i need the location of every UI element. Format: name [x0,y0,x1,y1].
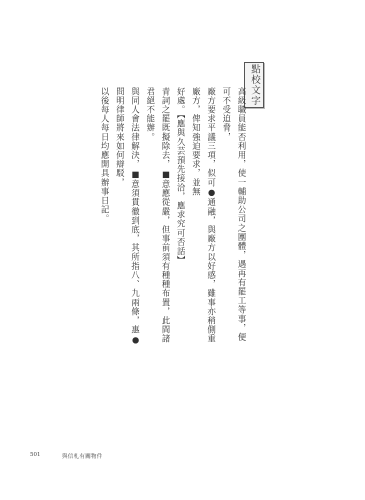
text-column-2: 廠方要求平議三項，似可●通融，與廠方以好感，雖事亦稍側重廠方，俾知強迫要求，並無 [188,87,218,347]
text-column-3: 好處。【應與久芸預先接洽，應求究可否話】 [173,87,188,347]
page-number: 501 [30,452,41,458]
text-column-4: 青詞之罷既擬除去，■意應從嚴，但事前須有種種布置，此間諸君絕不能辦。 [143,87,173,347]
vertical-body-text: 高級職員能否利用，使一輔助公司之團體，遇再有罷工等事，便可不受迫脅， 廠方要求平… [97,87,249,347]
running-footer-title: 與信札有關物件 [62,452,103,460]
text-column-6: 以後每人每日均應開具辦事日記。 [97,87,112,347]
text-column-5: 與同人會法律解決，■意須貫徹到底，其所指八、九兩條，惠●問明律師將來如何辯駁， [112,87,142,347]
text-column-1: 高級職員能否利用，使一輔助公司之團體，遇再有罷工等事，便可不受迫脅， [219,87,249,347]
